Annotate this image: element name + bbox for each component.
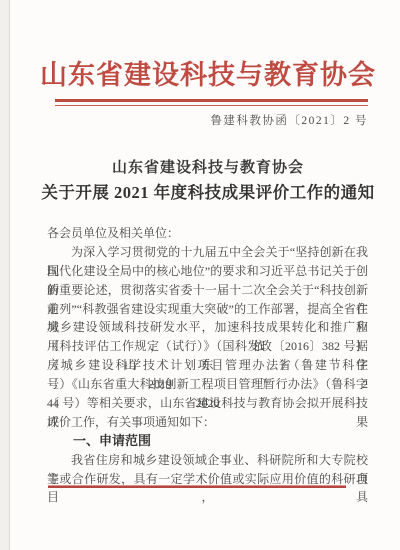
- section-heading-application-scope: 一、申请范围: [47, 432, 368, 451]
- body-line: 城乡建设领域科技研发水平，加速科技成果转化和推广应用，依据: [47, 318, 368, 337]
- paper-edge-line: [9, 0, 10, 550]
- body-line: 前列”“科教强省建设实现重大突破”的工作部署，提高全省住房和: [47, 300, 368, 319]
- body-line: 《科技评估工作规定（试行）》（国科发政〔2016〕382 号）《山东省住: [47, 337, 368, 356]
- letterhead-org-name: 山东省建设科技与教育协会: [32, 58, 384, 92]
- body-line: 的重要论述，贯彻落实省委十一届十二次全会关于“科技创新走在: [47, 281, 368, 300]
- notice-body: 各会员单位及相关单位： 为深入学习贯彻党的十九届五中全会关于“坚持创新在我国 现…: [47, 224, 368, 488]
- body-line: 现代化建设全局中的核心地位”的要求和习近平总书记关于创新: [47, 262, 368, 281]
- letterhead-separator-line-thick: [55, 99, 368, 102]
- body-line: 为深入学习贯彻党的十九届五中全会关于“坚持创新在我国: [47, 243, 368, 262]
- body-line: 号）《山东省重大科技创新工程项目管理暂行办法》（鲁科字〔2020〕: [47, 375, 368, 394]
- document-number: 鲁建科教协函〔2021〕2 号: [47, 112, 368, 128]
- salutation-line: 各会员单位及相关单位：: [47, 224, 368, 243]
- paper-edge-strip: [0, 0, 9, 550]
- letterhead-separator-line-thin: [55, 105, 368, 106]
- body-line: 房城乡建设科学技术计划项目管理办法》（鲁建节科字〔2019〕2: [47, 356, 368, 375]
- footer-separator-line-thick: [48, 486, 346, 488]
- body-line: 44 号）等相关要求，山东省建设科技与教育协会拟开展科技成果: [47, 394, 368, 413]
- notice-title-org: 山东省建设科技与教育协会: [40, 156, 376, 177]
- body-line: 我省住房和城乡建设领域企事业、科研院所和大专院校等自: [47, 451, 368, 470]
- notice-title-subject: 关于开展 2021 年度科技成果评价工作的通知: [32, 179, 384, 203]
